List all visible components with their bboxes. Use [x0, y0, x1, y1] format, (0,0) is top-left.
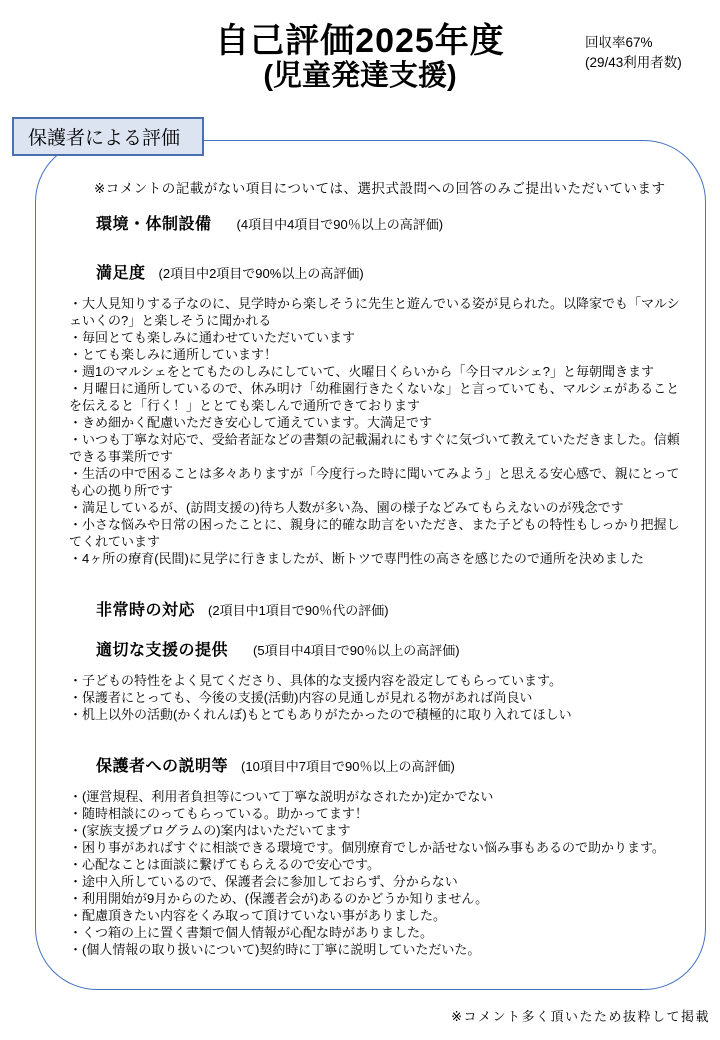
comment-item: ・とても楽しみに通所しています！ — [69, 346, 687, 363]
comment-item: ・くつ箱の上に置く書類で個人情報が心配な時がありました。 — [69, 924, 687, 941]
comment-item: ・小さな悩みや日常の困ったことに、親身に的確な助言をいただき、また子どもの特性も… — [69, 516, 687, 550]
section-heading-row: 非常時の対応 (2項目中1項目で90％代の評価) — [96, 597, 687, 620]
guardian-evaluation-label: 保護者による評価 — [12, 117, 204, 156]
evaluation-section: 満足度 (2項目中2項目で90%以上の高評価) ・大人見知りする子なのに、見学時… — [69, 260, 687, 567]
comment-item: ・月曜日に通所しているので、休み明け「幼稚園行きたくないな」と言っていても、マル… — [69, 380, 687, 414]
evaluation-box: ※コメントの記載がない項目については、選択式設問への回答のみご提出いただいていま… — [35, 140, 706, 990]
comment-item: ・利用開始が9月からのため、(保護者会が)あるのかどうか知りません。 — [69, 890, 687, 907]
comment-item: ・生活の中で困ることは多々ありますが「今度行った時に聞いてみよう」と思える安心感… — [69, 465, 687, 499]
comment-item: ・保護者にとっても、今後の支援(活動)内容の見通しが見れる物があれば尚良い — [69, 689, 687, 706]
evaluation-section: 環境・体制設備 (4項目中4項目で90％以上の高評価) — [69, 211, 687, 234]
section-summary: (10項目中7項目で90％以上の高評価) — [241, 756, 455, 775]
comment-item: ・いつも丁寧な対応で、受給者証などの書類の記載漏れにもすぐに気づいて教えていただ… — [69, 431, 687, 465]
comment-item: ・毎回とても楽しみに通わせていただいています — [69, 329, 687, 346]
comment-item: ・子どもの特性をよく見てくださり、具体的な支援内容を設定してもらっています。 — [69, 672, 687, 689]
section-heading: 非常時の対応 — [96, 597, 195, 620]
evaluation-section: 適切な支援の提供 (5項目中4項目で90％以上の高評価) ・子どもの特性をよく見… — [69, 637, 687, 723]
comment-list: ・(運営規程、利用者負担等について丁寧な説明がなされたか)定かでない・随時相談に… — [69, 788, 687, 958]
section-summary: (2項目中1項目で90％代の評価) — [208, 600, 389, 619]
response-rate-count: (29/43利用者数) — [585, 53, 682, 73]
comment-item: ・(家族支援プログラムの)案内はいただいてます — [69, 822, 687, 839]
comment-list: ・子どもの特性をよく見てくださり、具体的な支援内容を設定してもらっています。・保… — [69, 672, 687, 723]
comment-list: ・大人見知りする子なのに、見学時から楽しそうに先生と遊んでいる姿が見られた。以降… — [69, 295, 687, 567]
response-rate-percent: 回収率67% — [585, 33, 682, 53]
section-heading: 適切な支援の提供 — [96, 637, 228, 660]
comment-item: ・随時相談にのってもらっている。助かってます！ — [69, 805, 687, 822]
footer-note: ※コメント多く頂いたため抜粋して掲載 — [451, 1006, 710, 1025]
section-heading-row: 環境・体制設備 (4項目中4項目で90％以上の高評価) — [96, 211, 687, 234]
comment-item: ・大人見知りする子なのに、見学時から楽しそうに先生と遊んでいる姿が見られた。以降… — [69, 295, 687, 329]
evaluation-section: 非常時の対応 (2項目中1項目で90％代の評価) — [69, 597, 687, 620]
section-heading: 保護者への説明等 — [96, 753, 228, 776]
section-summary: (2項目中2項目で90%以上の高評価) — [159, 263, 364, 282]
note-top: ※コメントの記載がない項目については、選択式設問への回答のみご提出いただいていま… — [94, 177, 687, 197]
section-summary: (4項目中4項目で90％以上の高評価) — [237, 214, 444, 233]
comment-item: ・きめ細かく配慮いただき安心して通えています。大満足です — [69, 414, 687, 431]
section-heading: 環境・体制設備 — [96, 211, 212, 234]
comment-item: ・机上以外の活動(かくれんぼ)もとてもありがたかったので積極的に取り入れてほしい — [69, 706, 687, 723]
comment-item: ・週1のマルシェをとてもたのしみにしていて、火曜日くらいから「今日マルシェ?」と… — [69, 363, 687, 380]
section-heading-row: 保護者への説明等 (10項目中7項目で90％以上の高評価) — [96, 753, 687, 776]
section-summary: (5項目中4項目で90％以上の高評価) — [253, 640, 460, 659]
section-heading-row: 満足度 (2項目中2項目で90%以上の高評価) — [96, 260, 687, 283]
comment-item: ・困り事があればすぐに相談できる環境です。個別療育でしか話せない悩み事もあるので… — [69, 839, 687, 856]
section-heading-row: 適切な支援の提供 (5項目中4項目で90％以上の高評価) — [96, 637, 687, 660]
report-page: 自己評価2025年度 (児童発達支援) 回収率67% (29/43利用者数) 保… — [0, 0, 720, 1040]
comment-item: ・4ヶ所の療育(民間)に見学に行きましたが、断トツで専門性の高さを感じたので通所… — [69, 550, 687, 567]
comment-item: ・満足しているが、(訪問支援の)待ち人数が多い為、園の様子などみてもらえないのが… — [69, 499, 687, 516]
comment-item: ・配慮頂きたい内容をくみ取って頂けていない事がありました。 — [69, 907, 687, 924]
sections-container: 環境・体制設備 (4項目中4項目で90％以上の高評価) 満足度 (2項目中2項目… — [69, 211, 687, 958]
section-heading: 満足度 — [96, 260, 146, 283]
comment-item: ・(個人情報の取り扱いについて)契約時に丁寧に説明していただいた。 — [69, 941, 687, 958]
comment-item: ・心配なことは面談に繋げてもらえるので安心です。 — [69, 856, 687, 873]
response-rate: 回収率67% (29/43利用者数) — [585, 33, 682, 72]
comment-item: ・途中入所しているので、保護者会に参加しておらず、分からない — [69, 873, 687, 890]
evaluation-section: 保護者への説明等 (10項目中7項目で90％以上の高評価) ・(運営規程、利用者… — [69, 753, 687, 958]
comment-item: ・(運営規程、利用者負担等について丁寧な説明がなされたか)定かでない — [69, 788, 687, 805]
